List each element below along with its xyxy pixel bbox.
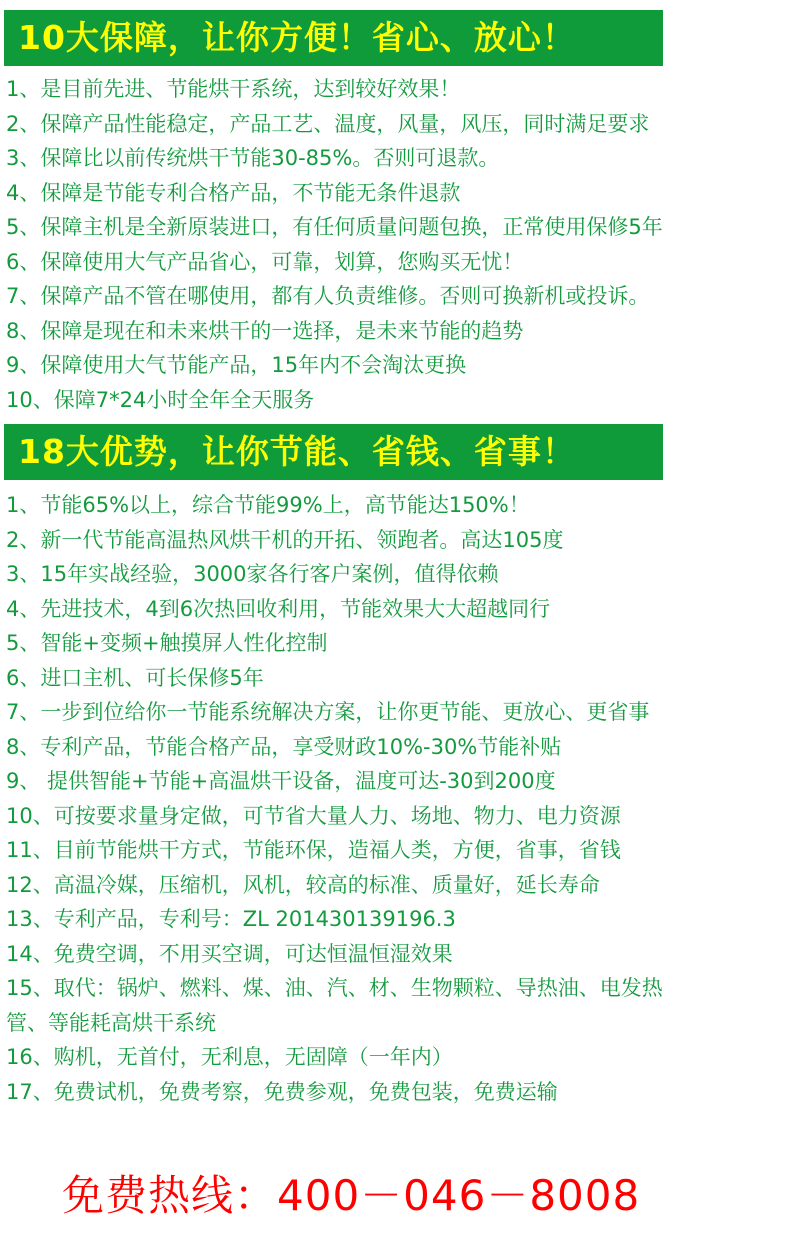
list-item: 17、免费试机，免费考察，免费参观，免费包装，免费运输 (6, 1075, 663, 1110)
list-item: 4、先进技术，4到6次热回收利用，节能效果大大超越同行 (6, 592, 663, 627)
list-item: 9、 提供智能+节能+高温烘干设备，温度可达-30到200度 (6, 764, 663, 799)
list-item: 2、新一代节能高温热风烘干机的开拓、领跑者。高达105度 (6, 523, 663, 558)
list-item: 10、保障7*24小时全年全天服务 (6, 383, 663, 418)
list-item: 11、目前节能烘干方式，节能环保，造福人类，方便，省事，省钱 (6, 833, 663, 868)
guarantee-list: 1、是目前先进、节能烘干系统，达到较好效果！ 2、保障产品性能稳定，产品工艺、温… (6, 72, 663, 417)
list-item: 7、保障产品不管在哪使用，都有人负责维修。否则可换新机或投诉。 (6, 279, 663, 314)
list-item: 2、保障产品性能稳定，产品工艺、温度，风量，风压，同时满足要求 (6, 107, 663, 142)
list-item: 15、取代：锅炉、燃料、煤、油、汽、材、生物颗粒、导热油、电发热 (6, 971, 663, 1006)
list-item: 4、保障是节能专利合格产品，不节能无条件退款 (6, 176, 663, 211)
list-item: 3、15年实战经验，3000家各行客户案例，值得依赖 (6, 557, 663, 592)
list-item-continuation: 管、等能耗高烘干系统 (6, 1006, 663, 1041)
advantage-list: 1、节能65%以上，综合节能99%上，高节能达150%！ 2、新一代节能高温热风… (6, 488, 663, 1109)
list-item: 13、专利产品，专利号：ZL 201430139196.3 (6, 902, 663, 937)
advantage-section-title: 18大优势，让你节能、省钱、省事！ (4, 424, 663, 480)
list-item: 6、进口主机、可长保修5年 (6, 661, 663, 696)
list-item: 16、购机，无首付，无利息，无固障（一年内） (6, 1040, 663, 1075)
list-item: 8、专利产品，节能合格产品，享受财政10%-30%节能补贴 (6, 730, 663, 765)
list-item: 10、可按要求量身定做，可节省大量人力、场地、物力、电力资源 (6, 799, 663, 834)
list-item: 5、保障主机是全新原装进口，有任何质量问题包换，正常使用保修5年 (6, 210, 663, 245)
list-item: 9、保障使用大气节能产品，15年内不会淘汰更换 (6, 348, 663, 383)
list-item: 8、保障是现在和未来烘干的一选择，是未来节能的趋势 (6, 314, 663, 349)
list-item: 5、智能+变频+触摸屏人性化控制 (6, 626, 663, 661)
list-item: 3、保障比以前传统烘干节能30-85%。否则可退款。 (6, 141, 663, 176)
list-item: 12、高温冷媒，压缩机，风机，较高的标准、质量好，延长寿命 (6, 868, 663, 903)
list-item: 7、一步到位给你一节能系统解决方案，让你更节能、更放心、更省事 (6, 695, 663, 730)
hotline-phone: 免费热线：400－046－8008 (62, 1166, 640, 1226)
list-item: 1、节能65%以上，综合节能99%上，高节能达150%！ (6, 488, 663, 523)
list-item: 6、保障使用大气产品省心，可靠，划算，您购买无忧！ (6, 245, 663, 280)
guarantee-section-title: 10大保障，让你方便！省心、放心！ (4, 10, 663, 66)
list-item: 14、免费空调，不用买空调，可达恒温恒湿效果 (6, 937, 663, 972)
list-item: 1、是目前先进、节能烘干系统，达到较好效果！ (6, 72, 663, 107)
